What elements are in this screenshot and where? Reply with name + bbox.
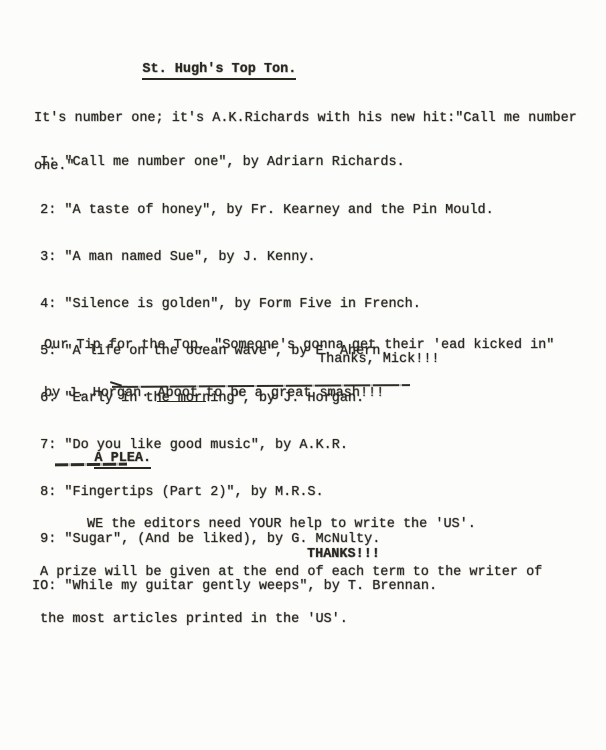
song-number: I: bbox=[32, 155, 56, 171]
song-number: 3: bbox=[32, 250, 56, 266]
list-item: 2:"A taste of honey", by Fr. Kearney and… bbox=[32, 203, 494, 219]
song-number: 2: bbox=[32, 203, 56, 219]
signoff-mick: Thanks, Mick!!! bbox=[318, 352, 440, 368]
list-item: I:"Call me number one", by Adriarn Richa… bbox=[32, 155, 494, 171]
song-title: "A man named Sue", by J. Kenny. bbox=[56, 250, 315, 266]
plea-line: WE the editors need YOUR help to write t… bbox=[40, 517, 542, 533]
plea-heading: A PLEA. bbox=[94, 451, 151, 469]
plea-paragraph: WE the editors need YOUR help to write t… bbox=[40, 486, 542, 659]
list-item: 3:"A man named Sue", by J. Kenny. bbox=[32, 250, 494, 266]
plea-line: A prize will be given at the end of each… bbox=[40, 565, 542, 581]
section-plea: A PLEA. bbox=[62, 435, 151, 482]
tip-line2-post: to be a great smash!!! bbox=[206, 386, 384, 401]
page-title: St. Hugh's Top Ton. bbox=[142, 62, 296, 80]
tip-paragraph: Our Tip for the Top, "Someone's gonna ge… bbox=[44, 307, 554, 433]
song-title: "A taste of honey", by Fr. Kearney and t… bbox=[56, 203, 493, 219]
newsletter-page: St. Hugh's Top Ton. It's number one; it'… bbox=[0, 0, 606, 750]
plea-line: the most articles printed in the 'US'. bbox=[40, 612, 542, 628]
song-title: "Call me number one", by Adriarn Richard… bbox=[56, 155, 404, 171]
final-thanks: THANKS!!! bbox=[307, 547, 380, 563]
tip-line: Our Tip for the Top, "Someone's gonna ge… bbox=[44, 338, 554, 354]
song-number: 7: bbox=[32, 438, 56, 454]
